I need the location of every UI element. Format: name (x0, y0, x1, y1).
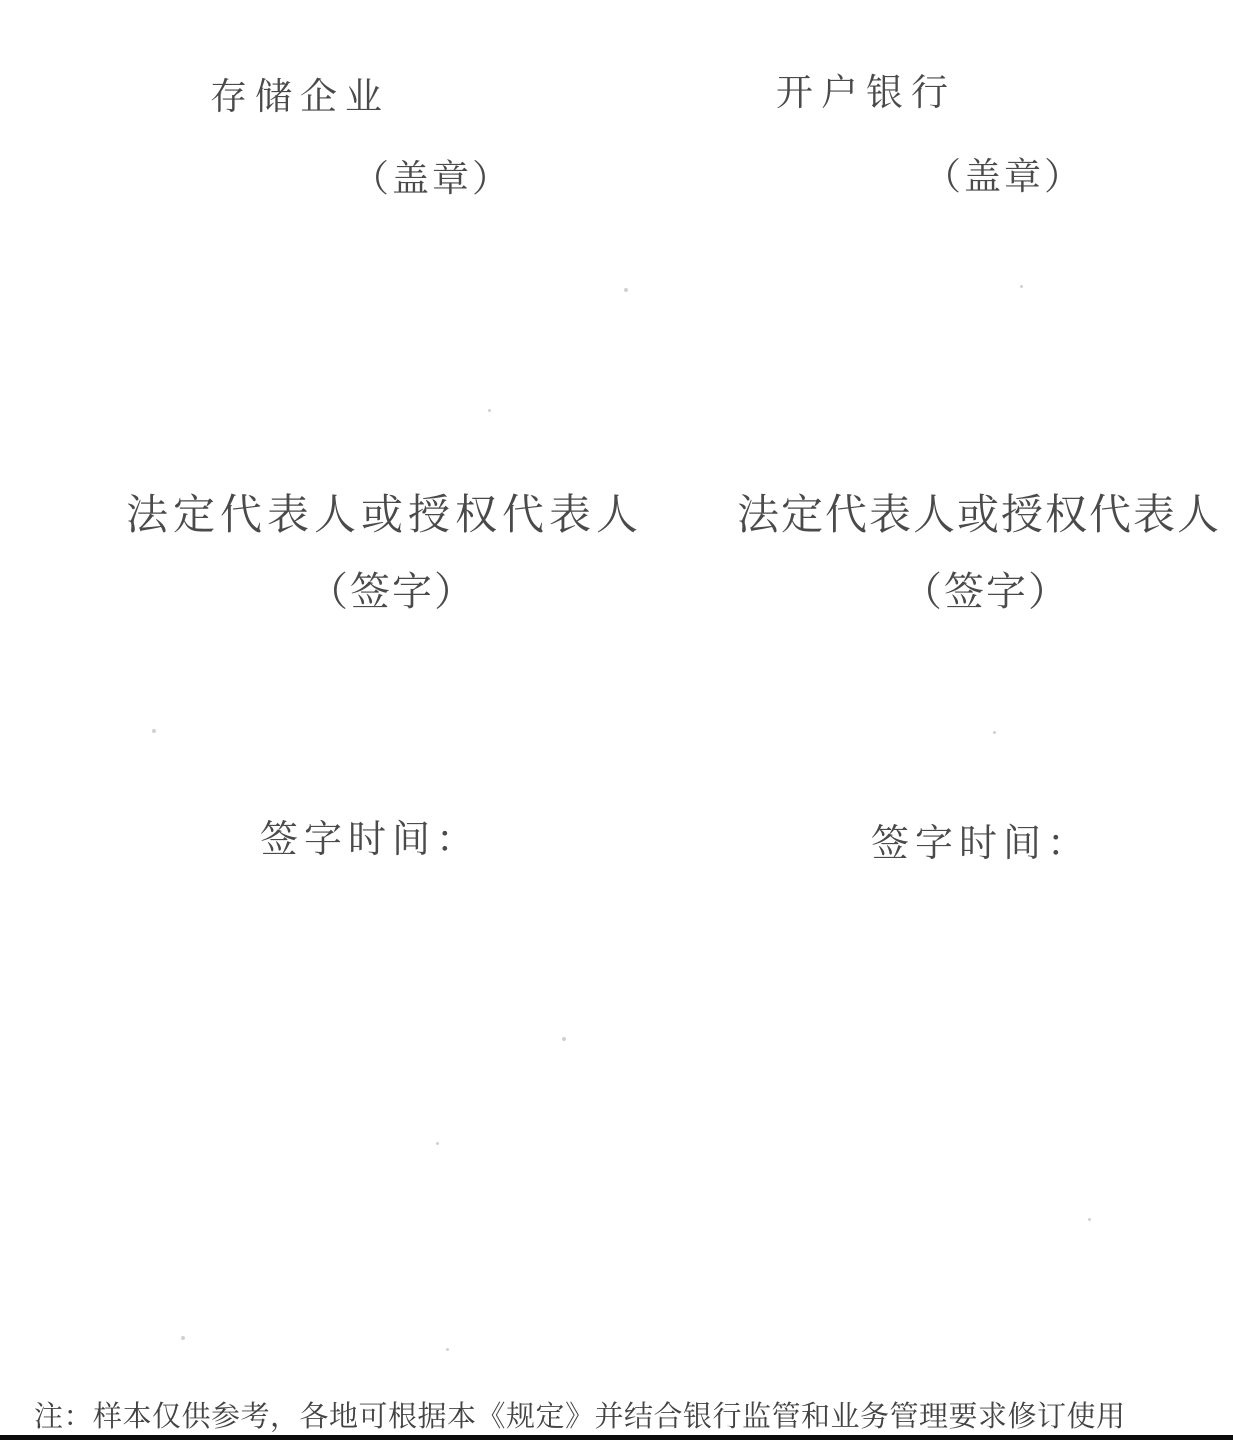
scan-speckle (446, 1348, 449, 1351)
scan-speckle (181, 1336, 185, 1340)
footer-note: 注：样本仅供参考，各地可根据本《规定》并结合银行监管和业务管理要求修订使用 (34, 1394, 1126, 1435)
scan-speckle (624, 288, 628, 292)
scan-speckle (562, 1037, 566, 1041)
bank-party-label: 开户银行 (776, 62, 956, 116)
signature-note-left: （签字） (308, 560, 476, 617)
sign-time-label-left: 签字时间： (260, 808, 480, 863)
scan-speckle (488, 409, 491, 412)
scan-speckle (152, 729, 156, 733)
representative-label-right: 法定代表人或授权代表人 (737, 482, 1221, 542)
signature-note-right: （签字） (902, 560, 1070, 617)
scan-speckle (1020, 285, 1023, 288)
scan-speckle (993, 731, 996, 734)
scan-edge-line (0, 1435, 1233, 1440)
representative-label-left: 法定代表人或授权代表人 (126, 482, 643, 542)
sign-time-label-right: 签字时间： (871, 812, 1091, 867)
scan-speckle (436, 1142, 439, 1145)
scan-speckle (1088, 1218, 1091, 1221)
depositor-party-label: 存储企业 (210, 66, 390, 120)
scanned-document-page: 存储企业 （盖章） 开户银行 （盖章） 法定代表人或授权代表人 （签字） 法定代… (0, 0, 1233, 1441)
depositor-seal-note: （盖章） (352, 148, 512, 202)
bank-seal-note: （盖章） (924, 146, 1084, 200)
